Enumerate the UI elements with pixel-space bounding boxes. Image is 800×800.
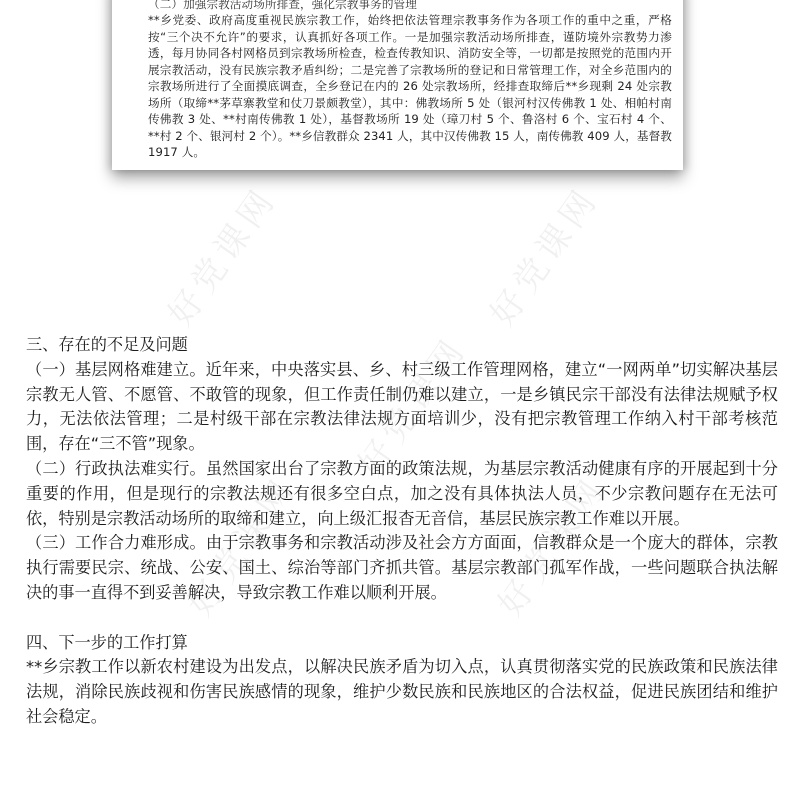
card-paragraph: **乡党委、政府高度重视民族宗教工作，始终把依法管理宗教事务作为各项工作的重中之…: [148, 12, 672, 161]
section-4-heading: 四、下一步的工作打算: [26, 631, 778, 656]
embedded-document-card: （二）加强宗教活动场所排查，强化宗教事务的管理 **乡党委、政府高度重视民族宗教…: [112, 0, 683, 170]
section-4-paragraph: **乡宗教工作以新农村建设为出发点，以解决民族矛盾为切入点，认真贯彻落实党的民族…: [26, 655, 778, 729]
card-text: （二）加强宗教活动场所排查，强化宗教事务的管理 **乡党委、政府高度重视民族宗教…: [148, 0, 672, 161]
section-3-item-1: （一）基层网格难建立。近年来，中央落实县、乡、村三级工作管理网格，建立“一网两单…: [26, 358, 778, 457]
section-3-heading: 三、存在的不足及问题: [26, 333, 778, 358]
watermark: 好党课网: [154, 175, 286, 334]
section-spacer: [26, 606, 778, 631]
card-partial-heading: （二）加强宗教活动场所排查，强化宗教事务的管理: [148, 0, 672, 12]
section-3-item-2: （二）行政执法难实行。虽然国家出台了宗教方面的政策法规，为基层宗教活动健康有序的…: [26, 457, 778, 531]
document-body: 三、存在的不足及问题 （一）基层网格难建立。近年来，中央落实县、乡、村三级工作管…: [26, 333, 778, 730]
section-3-item-3: （三）工作合力难形成。由于宗教事务和宗教活动涉及社会方方面面，信教群众是一个庞大…: [26, 531, 778, 605]
watermark: 好党课网: [476, 175, 608, 334]
